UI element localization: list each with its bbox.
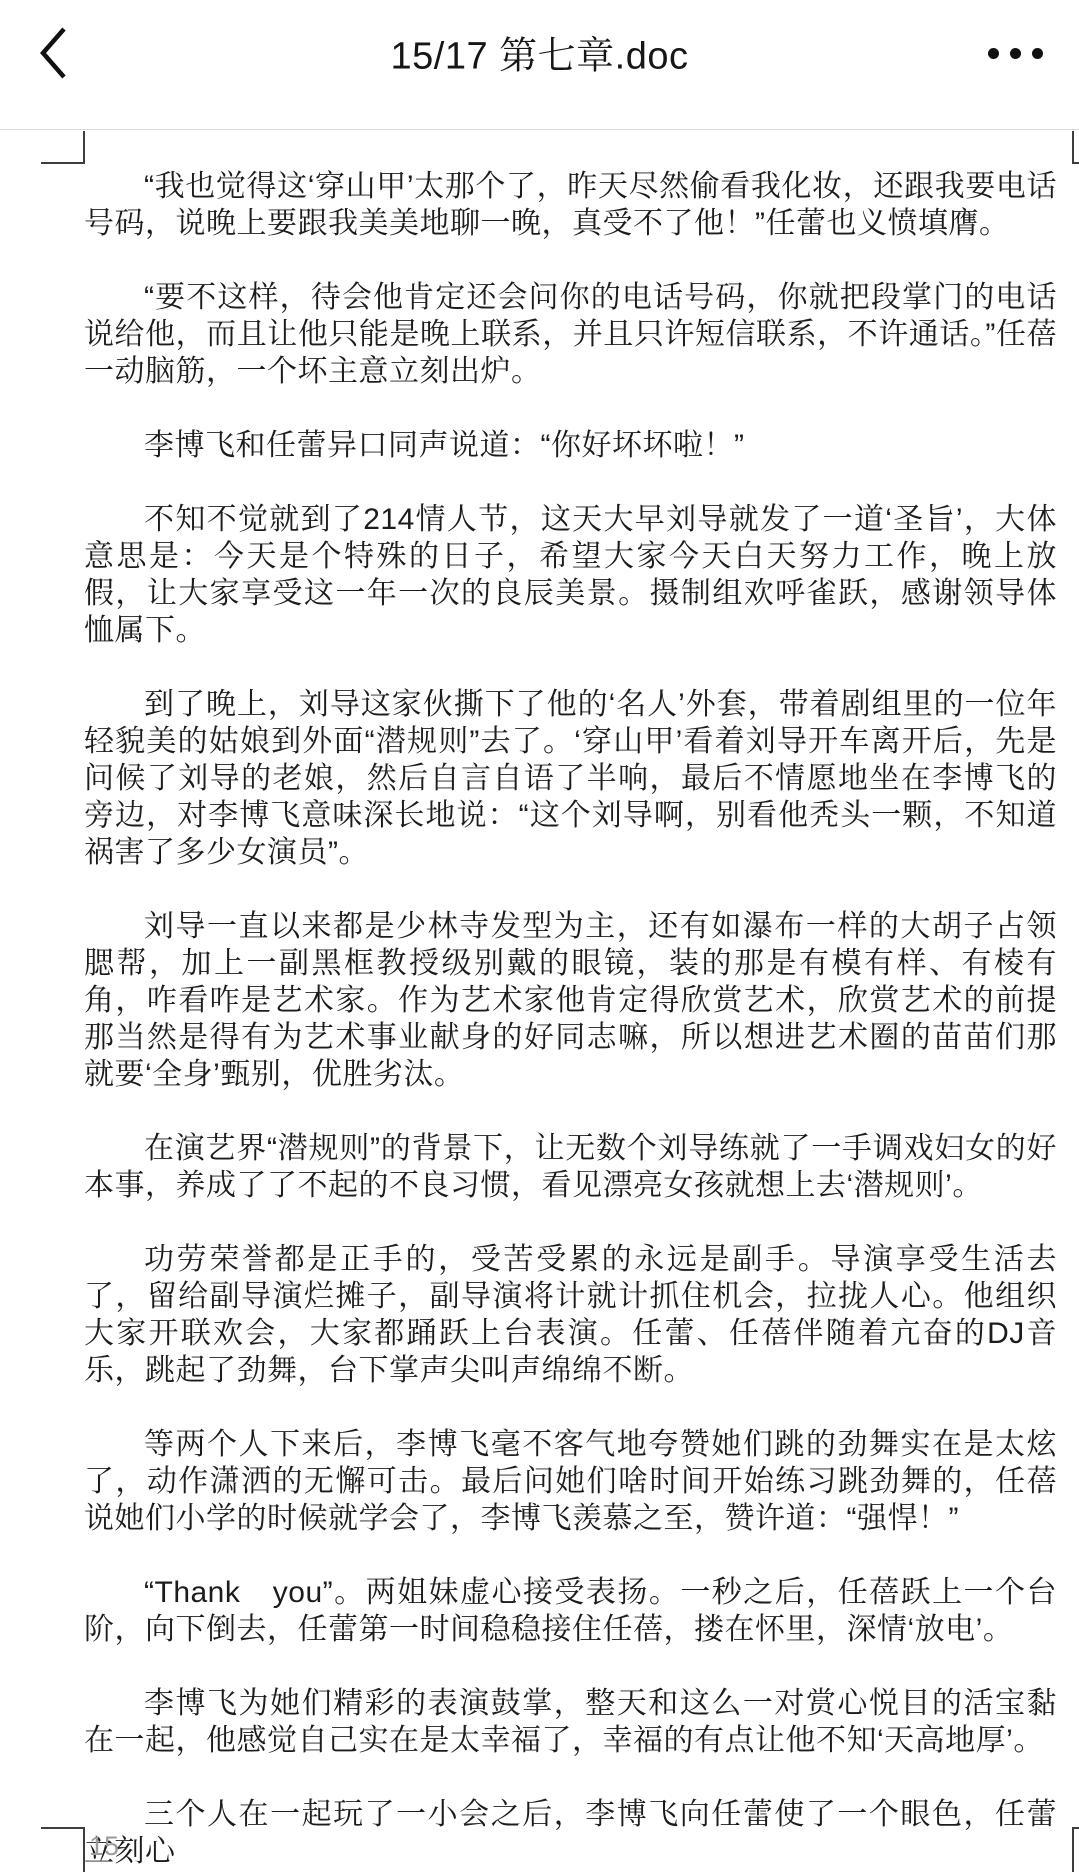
paragraph: “Thank you”。两姐妹虚心接受表扬。一秒之后，任蓓跃上一个台阶，向下倒去… <box>84 1574 1057 1648</box>
doc-viewer-app: 15/17 第七章.doc “我也觉得这‘穿山甲’太那个了，昨天尽然偷看我化妆，… <box>0 0 1079 1875</box>
paragraph: 等两个人下来后，李博飞毫不客气地夸赞她们跳的劲舞实在是太炫了，动作潇洒的无懈可击… <box>84 1426 1057 1537</box>
ellipsis-icon <box>1032 48 1043 59</box>
header-row: 15/17 第七章.doc <box>0 0 1079 106</box>
paragraph: 在演艺界“潜规则”的背景下，让无数个刘导练就了一手调戏妇女的好本事，养成了了不起… <box>84 1130 1057 1204</box>
margin-crop-mark-top-left <box>41 131 85 164</box>
paragraph: 功劳荣誉都是正手的，受苦受累的永远是副手。导演享受生活去了，留给副导演烂摊子，副… <box>84 1241 1057 1389</box>
paragraph: 三个人在一起玩了一小会之后，李博飞向任蕾使了一个眼色，任蕾立刻心 <box>84 1796 1057 1870</box>
paragraph: 李博飞为她们精彩的表演鼓掌，整天和这么一对赏心悦目的活宝黏在一起，他感觉自己实在… <box>84 1685 1057 1759</box>
paragraph: “我也觉得这‘穿山甲’太那个了，昨天尽然偷看我化妆，还跟我要电话号码，说晚上要跟… <box>84 168 1057 242</box>
margin-crop-mark-top-right <box>1072 131 1079 164</box>
document-page[interactable]: “我也觉得这‘穿山甲’太那个了，昨天尽然偷看我化妆，还跟我要电话号码，说晚上要跟… <box>0 131 1079 1875</box>
margin-crop-mark-bottom-right <box>1072 1827 1079 1872</box>
paragraph: 刘导一直以来都是少林寺发型为主，还有如瀑布一样的大胡子占领腮帮，加上一副黑框教授… <box>84 908 1057 1093</box>
back-button[interactable] <box>36 13 108 93</box>
paragraph: “要不这样，待会他肯定还会问你的电话号码，你就把段掌门的电话说给他，而且让他只能… <box>84 279 1057 390</box>
header-bar: 15/17 第七章.doc <box>0 0 1079 130</box>
paragraph: 不知不觉就到了214情人节，这天大早刘导就发了一道‘圣旨’，大体意思是：今天是个… <box>84 501 1057 649</box>
margin-crop-mark-bottom-left <box>41 1827 85 1872</box>
document-title: 15/17 第七章.doc <box>391 25 689 80</box>
document-body: “我也觉得这‘穿山甲’太那个了，昨天尽然偷看我化妆，还跟我要电话号码，说晚上要跟… <box>0 168 1079 1870</box>
chevron-left-icon <box>36 24 70 82</box>
ellipsis-icon <box>1010 48 1021 59</box>
page-number: 15 <box>89 1833 119 1860</box>
more-menu-button[interactable] <box>953 13 1043 93</box>
paragraph: 到了晚上，刘导这家伙撕下了他的‘名人’外套，带着剧组里的一位年轻貌美的姑娘到外面… <box>84 686 1057 871</box>
ellipsis-icon <box>988 48 999 59</box>
paragraph: 李博飞和任蕾异口同声说道：“你好坏坏啦！” <box>84 427 1057 464</box>
